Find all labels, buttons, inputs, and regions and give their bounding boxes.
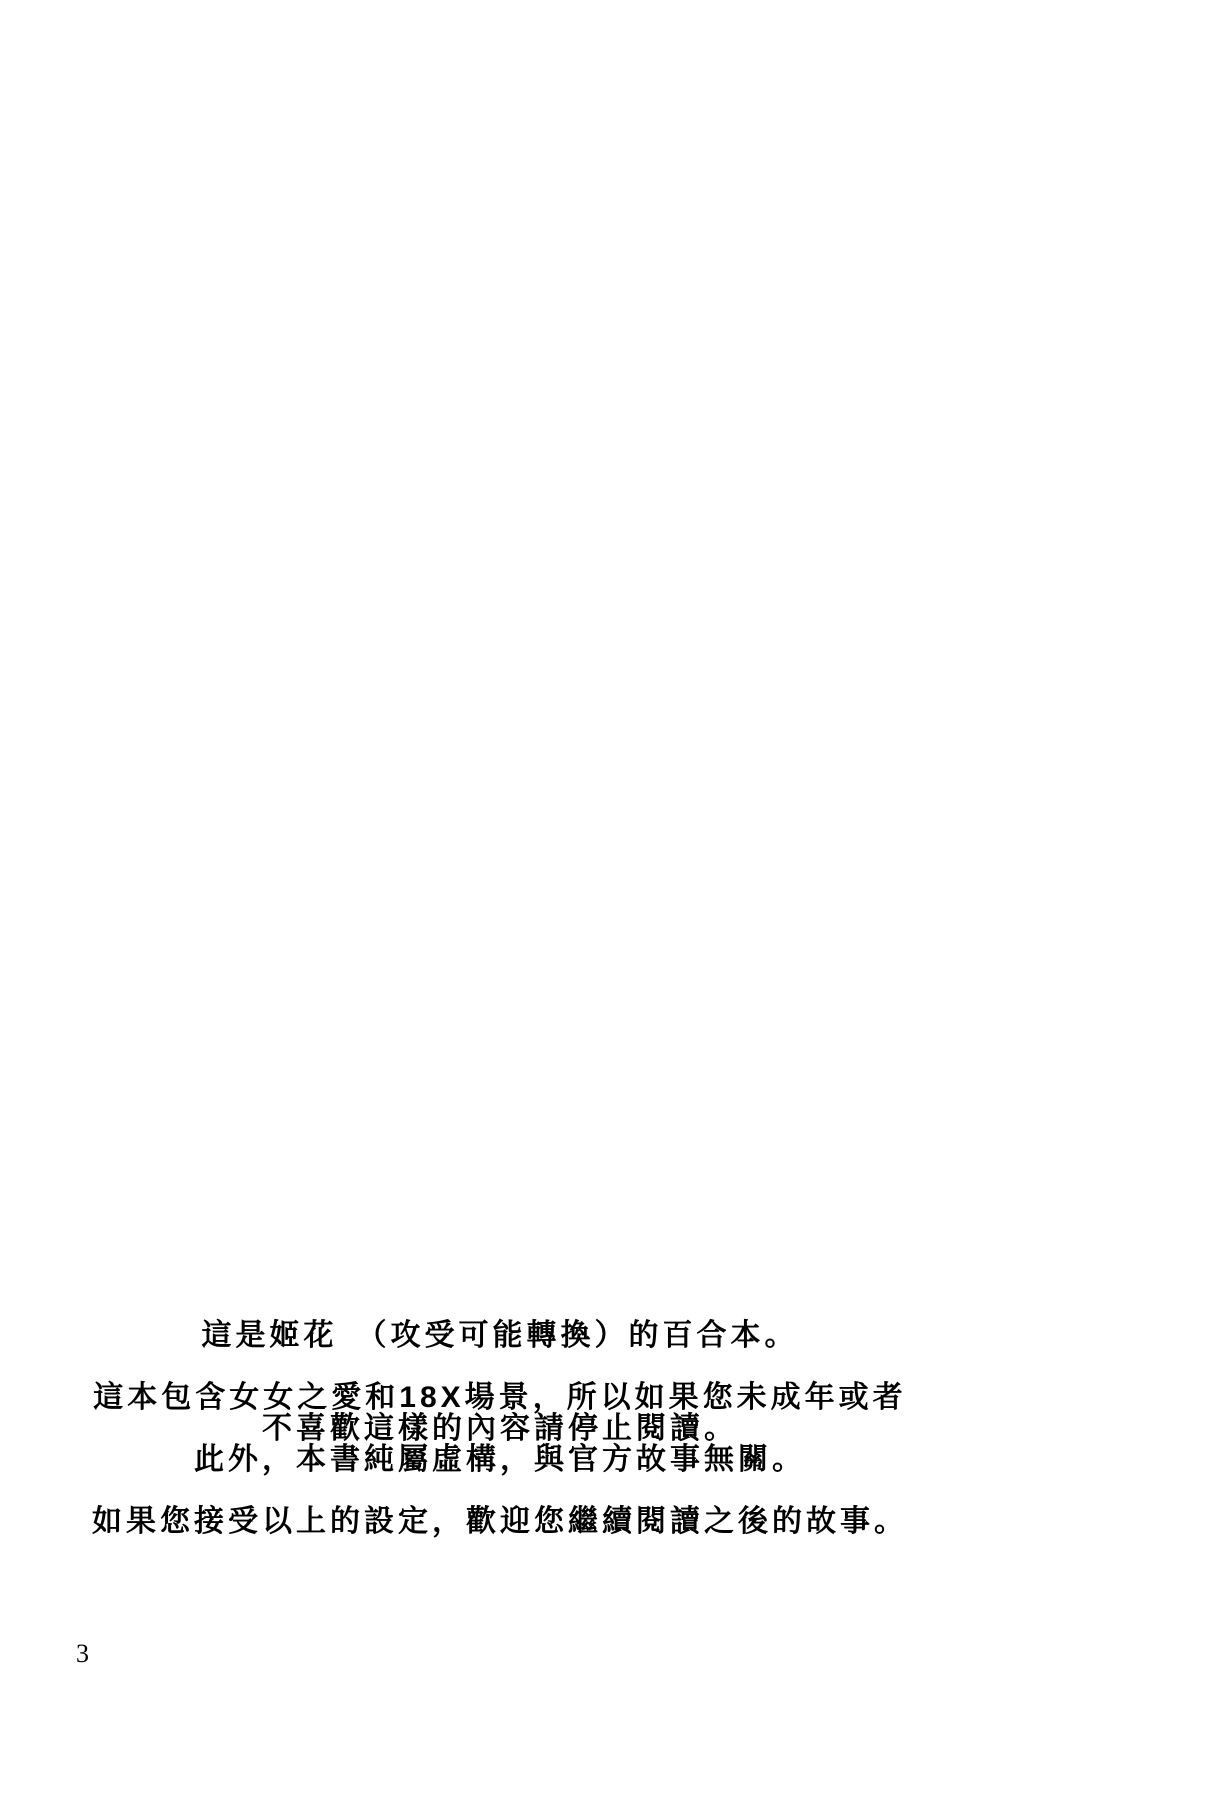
disclaimer-closing-line: 如果您接受以上的設定，歡迎您繼續閱讀之後的故事。 xyxy=(0,1506,1000,1537)
disclaimer-warning-line-2: 不喜歡這樣的內容請停止閱讀。 xyxy=(0,1413,1000,1444)
page-number: 3 xyxy=(76,1641,89,1667)
disclaimer-warning-line-1: 這本包含女女之愛和18X場景，所以如果您未成年或者 xyxy=(0,1382,1000,1413)
disclaimer-warning-line-3: 此外，本書純屬虛構，與官方故事無關。 xyxy=(0,1444,1000,1475)
disclaimer-intro-line: 這是姬花 （攻受可能轉換）的百合本。 xyxy=(0,1320,1000,1351)
document-page: 這是姬花 （攻受可能轉換）的百合本。 這本包含女女之愛和18X場景，所以如果您未… xyxy=(0,0,1215,1800)
disclaimer-text-block: 這是姬花 （攻受可能轉換）的百合本。 這本包含女女之愛和18X場景，所以如果您未… xyxy=(0,1320,1000,1537)
